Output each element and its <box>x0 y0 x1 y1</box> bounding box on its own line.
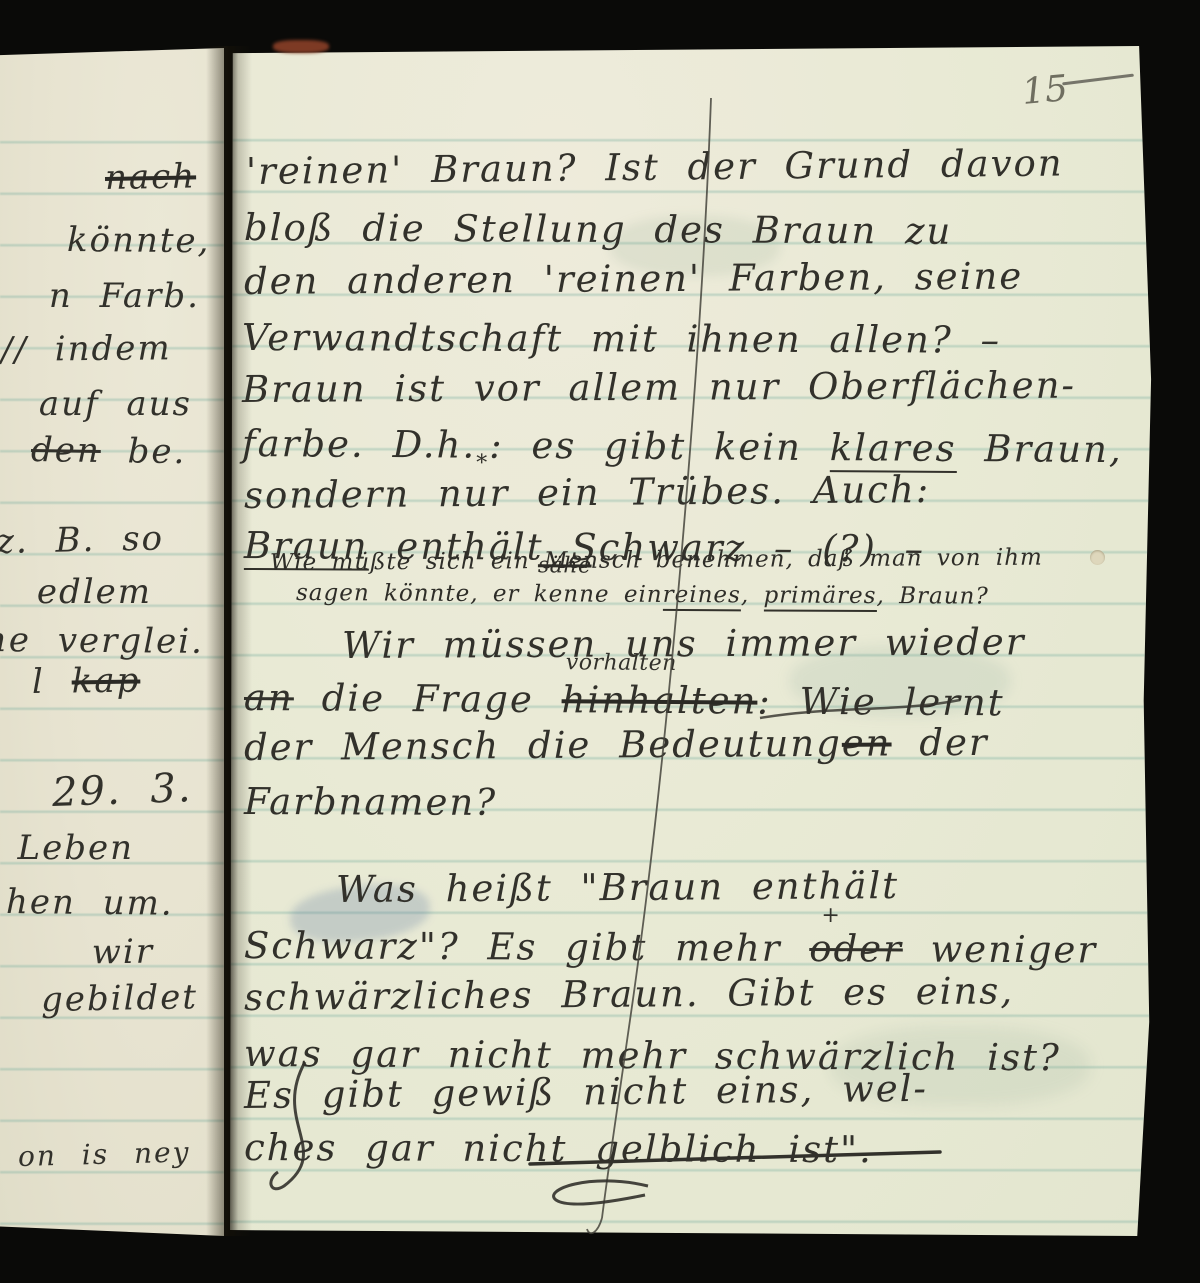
underlined-word: klares <box>830 426 957 473</box>
manuscript-line: 'reinen' Braun? Ist der Grund davon <box>246 141 1064 193</box>
line-text: he verglei. <box>0 620 204 662</box>
paper-fleck <box>1090 550 1105 565</box>
line-text: : es gibt kein <box>489 424 830 469</box>
line-text: könnte, <box>66 220 210 261</box>
insertion-wrapper: vorhaltenhinhalten <box>561 678 757 722</box>
marginal-date: 29. 3. <box>51 765 193 816</box>
binding-glue-mark <box>273 40 329 53</box>
line-text: Was heißt "Braun enthält <box>336 864 899 911</box>
line-text: 'reinen' Braun? Ist der Grund davon <box>246 141 1064 193</box>
insertion-wrapper: sähekenne ein <box>534 581 663 608</box>
manuscript-line: auf aus <box>39 384 192 424</box>
line-text: Leben <box>18 828 134 868</box>
line-text: die Frage <box>294 676 562 721</box>
line-text: n Farb. <box>49 276 200 316</box>
manuscript-line: edlem <box>37 572 152 612</box>
line-text: gebildet <box>41 977 199 1020</box>
manuscript-line: Farbnamen? <box>244 780 497 824</box>
line-text: , <box>741 582 764 608</box>
line-text: : Wie lernt <box>757 680 1005 725</box>
manuscript-line: z. B. so <box>0 518 164 562</box>
line-text: Braun, <box>956 427 1122 471</box>
line-text: hen um. <box>6 882 174 924</box>
line-text: farbe. D.h. <box>242 422 477 467</box>
manuscript-line: he verglei. <box>0 620 204 662</box>
manuscript-line: wir <box>92 932 154 972</box>
line-text: 29. 3. <box>51 765 193 816</box>
line-text: der <box>891 721 988 765</box>
line-text: weniger <box>903 927 1097 971</box>
underlined-word: reines <box>663 582 741 611</box>
line-text: // indem <box>1 328 172 370</box>
manuscript-line: an die Frage vorhaltenhinhalten: Wie ler… <box>244 676 1005 724</box>
line-text: nach <box>105 156 197 198</box>
struck-word: kap <box>71 660 140 701</box>
manuscript-line-interlinear: Wie müßte sich ein Mensch benehmen, daß … <box>270 545 1043 576</box>
line-text: Wir müssen uns immer wieder <box>342 620 1026 667</box>
notebook-page-left: nach könnte, n Farb. // indem auf aus de… <box>0 48 224 1236</box>
notebook-scan: nach könnte, n Farb. // indem auf aus de… <box>0 0 1200 1283</box>
manuscript-line: bloß die Stellung des Braun zu <box>244 206 953 253</box>
line-text: ches gar nicht <box>244 1126 595 1170</box>
insertion-mark: + <box>821 903 842 928</box>
insertion-wrapper: +oder <box>809 927 903 970</box>
line-text: Schwarz"? Es gibt mehr <box>244 924 809 970</box>
manuscript-line: der Mensch die Bedeutungen der <box>244 721 989 769</box>
notebook-page-right: 'reinen' Braun? Ist der Grund davon bloß… <box>230 46 1152 1236</box>
line-text: edlem <box>37 572 152 612</box>
line-text: sondern nur ein Trübes. Auch: <box>244 468 931 517</box>
inserted-word: vorhalten <box>566 650 677 676</box>
line-text: , Braun? <box>876 583 988 610</box>
line-text: l <box>31 661 71 702</box>
manuscript-line: Was heißt "Braun enthält <box>336 864 899 911</box>
line-text: schwärzliches Braun. Gibt es eins, <box>244 969 1014 1019</box>
struck-word: oder <box>809 927 903 970</box>
line-text: den anderen 'reinen' Farben, seine <box>244 255 1023 303</box>
line-text: Farbnamen? <box>244 780 497 824</box>
struck-word: hinhalten <box>561 678 757 722</box>
manuscript-line: Es gibt gewiß nicht eins, wel- <box>244 1067 928 1117</box>
line-text: on is ney <box>17 1135 190 1173</box>
line-text: Verwandtschaft mit ihnen allen? – <box>242 316 1001 362</box>
manuscript-line: l kap <box>31 660 140 702</box>
line-text: z. B. so <box>0 518 164 562</box>
line-text: Wie müßte sich ein Mensch benehmen, daß … <box>270 545 1043 576</box>
underlined-word: primäres <box>763 582 876 612</box>
line-text: bloß die Stellung des Braun zu <box>244 206 953 253</box>
line-text: der Mensch die Bedeutung <box>244 722 842 769</box>
manuscript-line: Leben <box>18 828 134 868</box>
manuscript-line: n Farb. <box>49 276 200 316</box>
line-text: Braun ist vor allem nur Oberflächen- <box>242 364 1076 411</box>
line-text: kenne ein <box>534 581 663 608</box>
page-number: 15 <box>1020 68 1069 113</box>
manuscript-line: farbe. D.h.*: es gibt kein klares Braun, <box>242 422 1123 471</box>
binding-gutter-shadow <box>206 46 252 1236</box>
line-text: ist". <box>760 1128 872 1171</box>
manuscript-line: Braun ist vor allem nur Oberflächen- <box>242 364 1076 411</box>
manuscript-line: den be. <box>30 430 186 472</box>
manuscript-line: Wir müssen uns immer wieder <box>342 620 1026 667</box>
manuscript-line: Schwarz"? Es gibt mehr +oder weniger <box>244 924 1097 971</box>
manuscript-line: Verwandtschaft mit ihnen allen? – <box>242 316 1001 362</box>
manuscript-line: ches gar nicht gelblich ist". <box>244 1126 873 1171</box>
manuscript-line: schwärzliches Braun. Gibt es eins, <box>244 969 1014 1019</box>
manuscript-line: sondern nur ein Trübes. Auch: <box>244 468 931 517</box>
line-text: sagen könnte, er <box>296 580 534 607</box>
manuscript-line-interlinear: sagen könnte, er sähekenne ein reines, p… <box>296 580 989 610</box>
manuscript-line: // indem <box>1 328 172 370</box>
line-text: wir <box>92 932 154 972</box>
manuscript-line: nach <box>105 156 197 198</box>
line-text: Es gibt gewiß nicht eins, wel- <box>244 1067 928 1117</box>
struck-word: den <box>30 430 100 471</box>
struck-word: en <box>842 721 892 764</box>
manuscript-line: hen um. <box>6 882 174 924</box>
manuscript-line: den anderen 'reinen' Farben, seine <box>244 255 1023 303</box>
manuscript-line: könnte, <box>66 220 210 261</box>
underlined-word: gelblich <box>595 1127 760 1171</box>
manuscript-line: on is ney <box>17 1135 190 1173</box>
manuscript-line: gebildet <box>41 977 199 1020</box>
struck-insertion: sähe <box>538 553 592 578</box>
line-text: be. <box>100 431 186 472</box>
line-text: auf aus <box>39 384 192 424</box>
